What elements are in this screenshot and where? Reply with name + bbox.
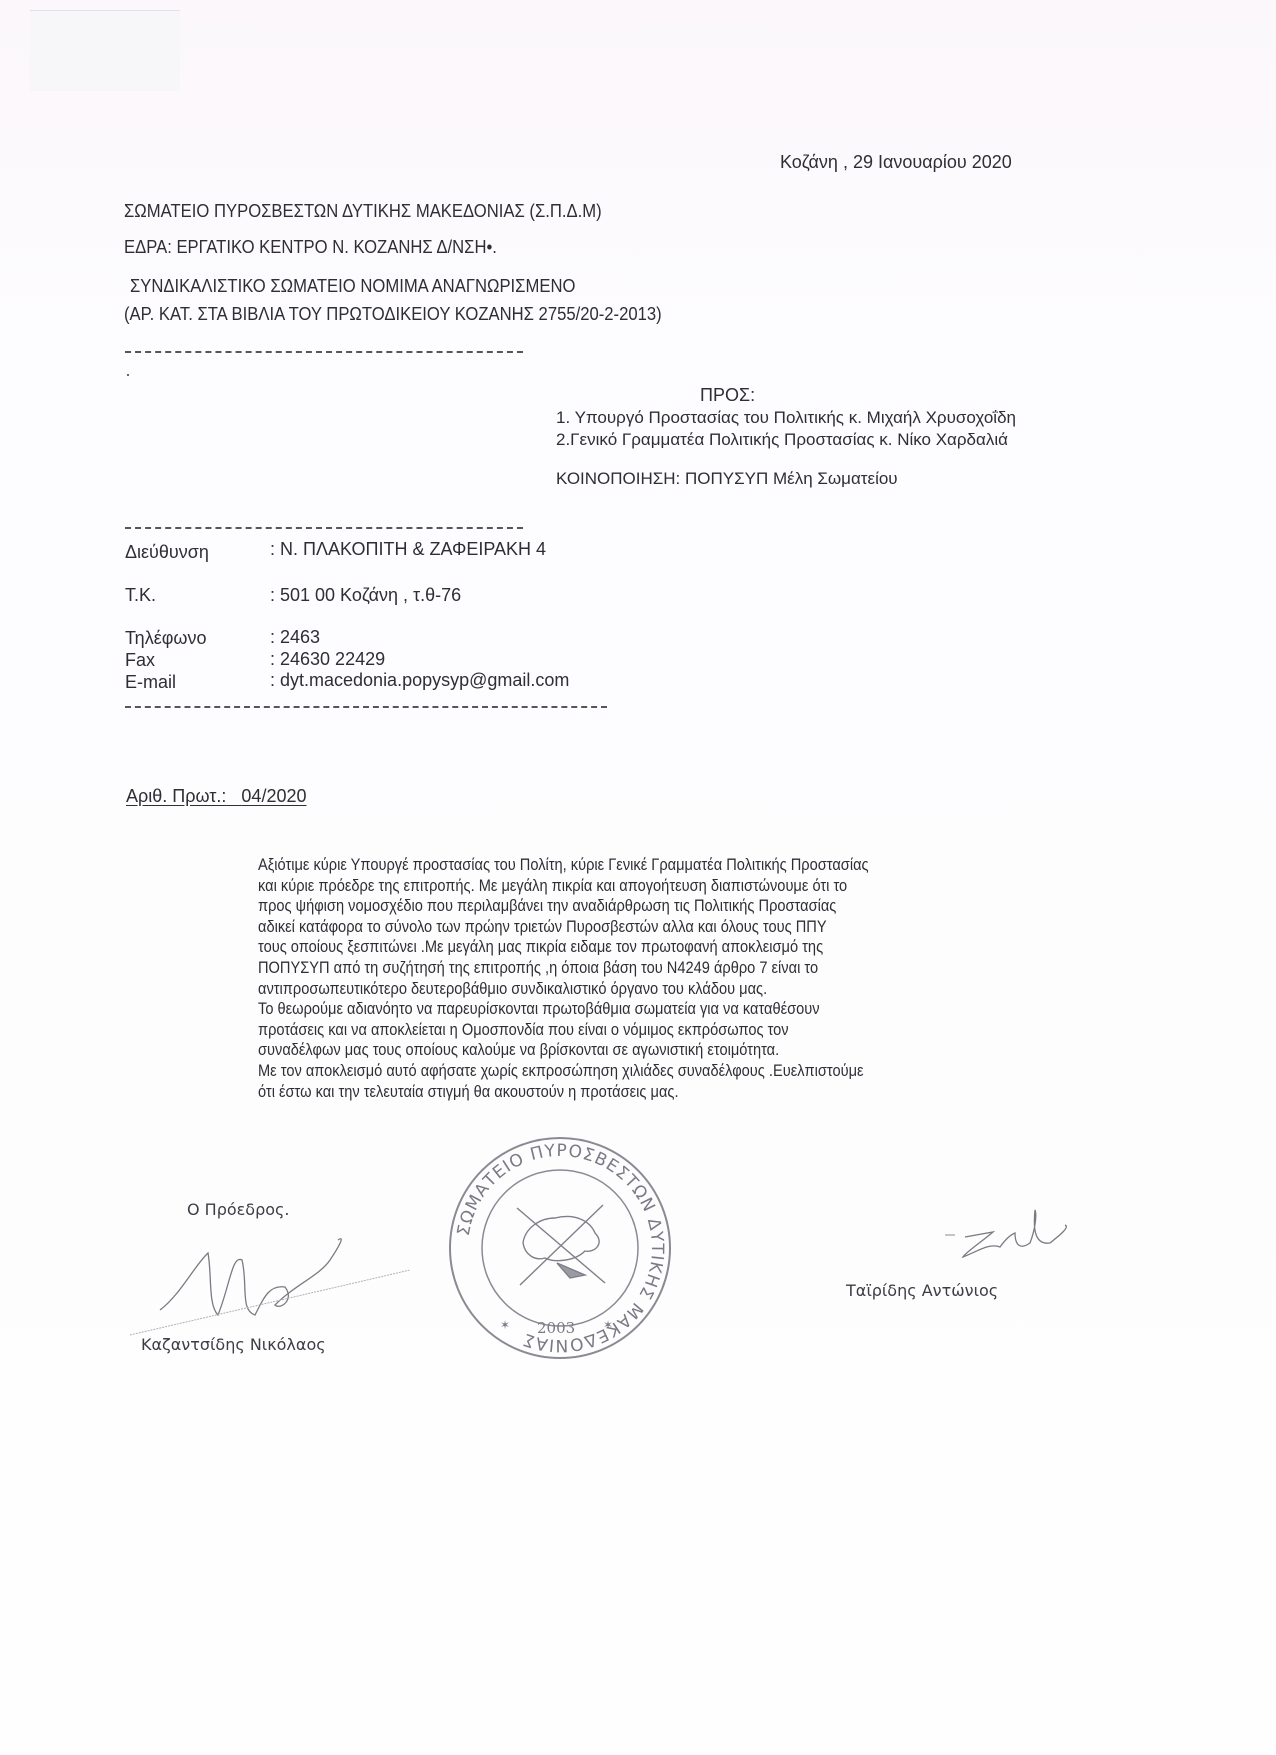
stray-dot — [127, 374, 129, 376]
crossed-axes-emblem-icon — [517, 1205, 605, 1285]
union-stamp: ΣΩΜΑΤΕΙΟ ΠΥΡΟΣΒΕΣΤΩΝ ΔΥΤΙΚΗΣ ΜΑΚΕΔΟΝΙΑΣ … — [445, 1133, 675, 1363]
letter-body: Αξιότιμε κύριε Υπουργέ προστασίας του Πο… — [258, 855, 963, 1102]
body-line: προτάσεις και να αποκλείεται η Ομοσπονδί… — [258, 1020, 963, 1041]
body-line: Το θεωρούμε αδιανόητο να παρευρίσκονται … — [258, 999, 963, 1020]
protocol-value: 04/2020 — [241, 786, 306, 806]
recipient-2: 2.Γενικό Γραμματέα Πολιτικής Προστασίας … — [556, 430, 1008, 450]
recipient-1: 1. Υπουργό Προστασίας του Πολιτικής κ. Μ… — [556, 408, 1016, 428]
contact-label-phone: Τηλέφωνο — [125, 628, 206, 649]
body-line: προς ψήφιση νομοσχέδιο που περιλαμβάνει … — [258, 896, 963, 917]
protocol-label: Αριθ. Πρωτ.: — [126, 786, 226, 806]
protocol-number: Αριθ. Πρωτ.: 04/2020 — [126, 786, 307, 807]
org-seat: ΕΔΡΑ: ΕΡΓΑΤΙΚΟ ΚΕΝΤΡΟ Ν. ΚΟΖΑΝΗΣ Δ/ΝΣΗ•. — [124, 236, 497, 258]
contact-value-postcode: : 501 00 Κοζάνη , τ.θ-76 — [270, 585, 461, 606]
place-date: Κοζάνη , 29 Ιανουαρίου 2020 — [780, 152, 1012, 173]
body-line: ότι έστω και την τελευταία στιγμή θα ακο… — [258, 1082, 963, 1103]
body-line: και κύριε πρόεδρε της επιτροπής. Με μεγά… — [258, 876, 963, 897]
separator-line — [125, 706, 607, 708]
star-icon: ✶ — [500, 1318, 510, 1332]
contact-label-fax: Fax — [125, 650, 155, 671]
scan-artifact — [30, 10, 180, 91]
secretary-name: Ταϊρίδης Αντώνιος — [846, 1281, 998, 1300]
org-registration: (ΑΡ. ΚΑΤ. ΣΤΑ ΒΙΒΛΙΑ ΤΟΥ ΠΡΩΤΟΔΙΚΕΙΟΥ ΚΟ… — [124, 303, 662, 325]
body-line: ΠΟΠΥΣΥΠ από τη συζήτησή της επιτροπής ,η… — [258, 958, 963, 979]
body-line: Αξιότιμε κύριε Υπουργέ προστασίας του Πο… — [258, 855, 963, 876]
stamp-year: 2003 — [537, 1319, 575, 1337]
contact-label-postcode: Τ.Κ. — [125, 585, 156, 606]
secretary-signature — [925, 1205, 1125, 1275]
president-name: Καζαντσίδης Νικόλαος — [141, 1335, 326, 1354]
body-line: αντιπροσωπευτικότερο δευτεροβάθμιο συνδι… — [258, 979, 963, 1000]
contact-label-address: Διεύθυνση — [125, 542, 209, 563]
body-line: τους οποίους ξεσπιτώνει .Με μεγάλη μας π… — [258, 937, 963, 958]
org-status: ΣΥΝΔΙΚΑΛΙΣΤΙΚΟ ΣΩΜΑΤΕΙΟ ΝΟΜΙΜΑ ΑΝΑΓΝΩΡΙΣ… — [130, 275, 575, 297]
body-line: Με τον αποκλεισμό αυτό αφήσατε χωρίς εκπ… — [258, 1061, 963, 1082]
contact-value-email: : dyt.macedonia.popysyp@gmail.com — [270, 670, 569, 691]
separator-line — [125, 351, 523, 353]
president-signature — [120, 1215, 450, 1345]
contact-value-fax: : 24630 22429 — [270, 649, 385, 670]
recipients-heading: ΠΡΟΣ: — [700, 385, 755, 406]
contact-value-address: : Ν. ΠΛΑΚΟΠΙΤΗ & ΖΑΦΕΙΡΑΚΗ 4 — [270, 539, 546, 560]
contact-label-email: E-mail — [125, 672, 176, 693]
separator-line — [125, 527, 523, 529]
body-line: συναδέλφων μας τους οποίους καλούμε να β… — [258, 1040, 963, 1061]
body-line: αδικεί κατάφορα το σύνολο των πρώην τριε… — [258, 917, 963, 938]
org-name: ΣΩΜΑΤΕΙΟ ΠΥΡΟΣΒΕΣΤΩΝ ΔΥΤΙΚΗΣ ΜΑΚΕΔΟΝΙΑΣ … — [124, 200, 602, 222]
cc-line: ΚΟΙΝΟΠΟΙΗΣΗ: ΠΟΠΥΣΥΠ Μέλη Σωματείου — [556, 469, 898, 489]
contact-value-phone: : 2463 — [270, 627, 320, 648]
star-icon: ✶ — [603, 1318, 613, 1332]
